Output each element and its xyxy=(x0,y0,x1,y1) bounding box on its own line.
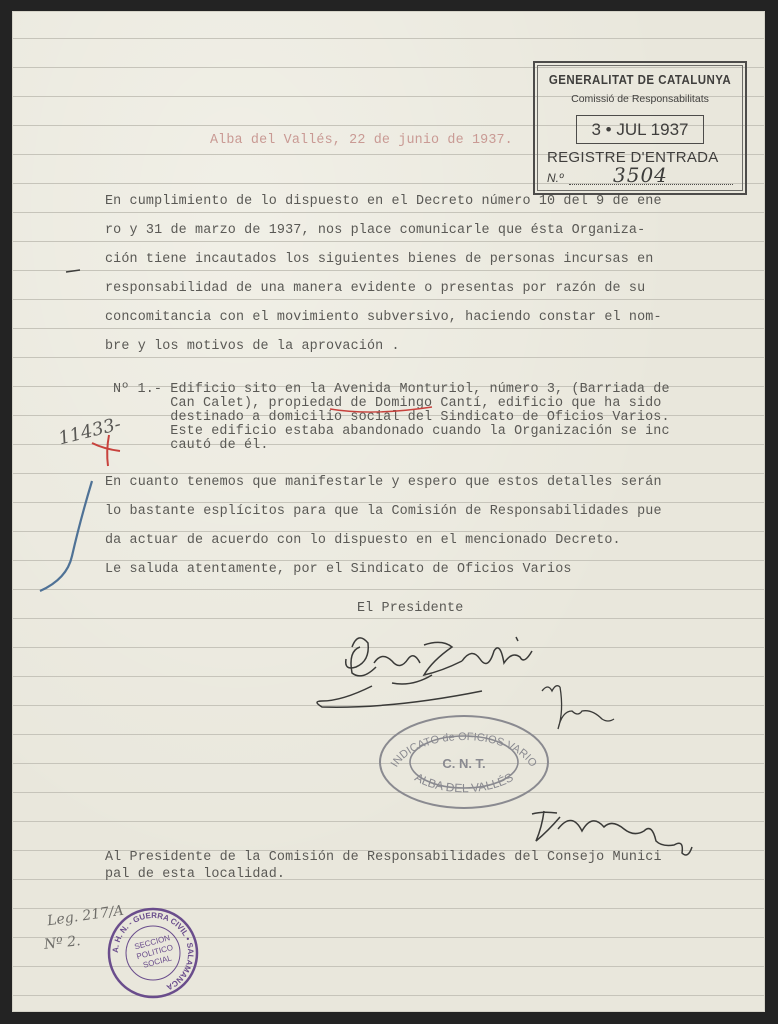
signature-second xyxy=(532,811,692,855)
document-page: Alba del Vallés, 22 de junio de 1937. En… xyxy=(12,11,765,1012)
red-underline-mark xyxy=(330,407,432,412)
red-cross-mark xyxy=(92,435,120,466)
blue-pencil-stroke xyxy=(40,481,92,591)
signature-jose-lafont xyxy=(317,637,532,707)
union-stamp: SINDICATO de OFICIOS VARIOS C. N. T. ALB… xyxy=(376,713,552,811)
union-stamp-center-text: C. N. T. xyxy=(442,756,485,771)
archive-stamp: A. H. N. - GUERRA CIVIL • SALAMANCA SECC… xyxy=(107,907,199,999)
union-stamp-bottom-text: ALBA DEL VALLÉS xyxy=(412,770,515,795)
initials-mark xyxy=(542,686,614,729)
margin-dash-mark xyxy=(66,270,80,272)
handwritten-marks xyxy=(12,11,765,1012)
